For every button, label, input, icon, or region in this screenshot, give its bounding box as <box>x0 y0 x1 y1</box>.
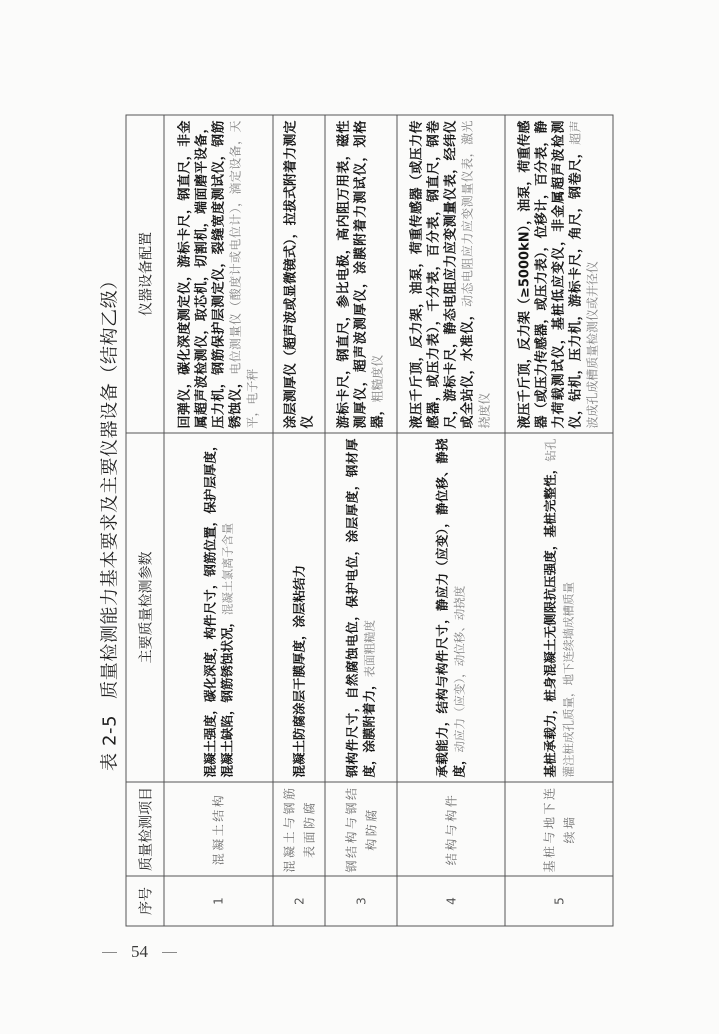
equipment-primary: 涂层测厚仪（超声波或显微镜式），拉拔式附着力测定仪 <box>283 120 315 428</box>
header-inspection-parameters: 主要质量检测参数 <box>126 433 164 782</box>
table-row: 4 结构与构件 承载能力，结构与构件尺寸，静应力（应变），静位移、静挠度，动应力… <box>397 115 505 926</box>
row-number: 1 <box>164 876 273 926</box>
equipment-list: 回弹仪，碳化深度测定仪，游标卡尺，钢直尺，非金属超声波检测仪，取芯机，切割机，端… <box>164 115 273 433</box>
inspection-parameters: 混凝土防腐涂层干膜厚度，涂层粘结力 <box>273 433 325 782</box>
table-row: 5 基桩与地下连续墙 基桩承载力，桩身混凝土无侧限抗压强度，基桩完整性，钻孔灌注… <box>505 115 613 926</box>
parameters-primary: 钢构件尺寸，自然腐蚀电位，保护电位，涂层厚度，钢材厚度，涂膜附着力， <box>344 438 376 777</box>
parameters-primary: 基桩承载力，桩身混凝土无侧限抗压强度，基桩完整性， <box>542 461 557 777</box>
rotated-page-block: 表 2-5质量检测能力基本要求及主要仪器设备（结构乙级） 序号 质量检测项目 主… <box>90 115 612 926</box>
inspection-parameters: 承载能力，结构与构件尺寸，静应力（应变），静位移、静挠度，动应力（应变），动位移… <box>397 433 505 782</box>
row-number: 5 <box>505 876 613 926</box>
table-row: 3 钢结构与钢结构防腐 钢构件尺寸，自然腐蚀电位，保护电位，涂层厚度，钢材厚度，… <box>325 115 397 926</box>
parameters-additional: 动应力（应变），动位移、动挠度 <box>452 585 466 752</box>
equipment-primary: 液压千斤顶，反力架（≥5000kN），油泵，荷重传感器（或压力传感器，或压力表）… <box>517 120 583 428</box>
inspection-item: 混凝土结构 <box>164 782 273 876</box>
equipment-additional: 粗糙度仪 <box>370 354 384 402</box>
table-row: 2 混凝土与钢筋表面防腐 混凝土防腐涂层干膜厚度，涂层粘结力 涂层测厚仪（超声波… <box>273 115 325 926</box>
equipment-list: 液压千斤顶，反力架，油泵，荷重传感器（或压力传感器，或压力表），千分表，百分表，… <box>397 115 505 433</box>
requirements-table: 序号 质量检测项目 主要质量检测参数 仪器设备配置 1 混凝土结构 混凝土强度，… <box>125 114 613 926</box>
dash-right <box>162 952 177 953</box>
equipment-list: 游标卡尺，钢直尺，参比电极，高内阻万用表，磁性测厚仪，超声波测厚仪，涂膜附着力测… <box>325 115 397 433</box>
row-number: 4 <box>397 876 505 926</box>
page-footer: 54 <box>102 941 177 963</box>
header-equipment: 仪器设备配置 <box>126 115 164 433</box>
inspection-item: 结构与构件 <box>397 782 505 876</box>
equipment-list: 涂层测厚仪（超声波或显微镜式），拉拔式附着力测定仪 <box>273 115 325 433</box>
inspection-parameters: 混凝土强度，碳化深度，构件尺寸，钢筋位置，保护层厚度，混凝土缺陷，钢筋锈蚀状况，… <box>164 433 273 782</box>
parameters-primary: 混凝土防腐涂层干膜厚度，涂层粘结力 <box>291 564 306 777</box>
inspection-item: 基桩与地下连续墙 <box>505 782 613 876</box>
page-number: 54 <box>131 942 148 962</box>
table-title: 质量检测能力基本要求及主要仪器设备（结构乙级） <box>99 271 120 699</box>
parameters-additional: 混凝土氯离子含量 <box>220 522 234 614</box>
row-number: 2 <box>273 876 325 926</box>
inspection-parameters: 基桩承载力，桩身混凝土无侧限抗压强度，基桩完整性，钻孔灌注桩成孔质量，地下连续墙… <box>505 433 613 782</box>
table-row: 1 混凝土结构 混凝土强度，碳化深度，构件尺寸，钢筋位置，保护层厚度，混凝土缺陷… <box>164 115 273 926</box>
dash-left <box>102 952 117 953</box>
table-caption: 表 2-5质量检测能力基本要求及主要仪器设备（结构乙级） <box>99 115 121 926</box>
header-inspection-item: 质量检测项目 <box>126 782 164 876</box>
inspection-parameters: 钢构件尺寸，自然腐蚀电位，保护电位，涂层厚度，钢材厚度，涂膜附着力，表面粗糙度 <box>325 433 397 782</box>
table-header-row: 序号 质量检测项目 主要质量检测参数 仪器设备配置 <box>126 115 164 926</box>
inspection-item: 混凝土与钢筋表面防腐 <box>273 782 325 876</box>
row-number: 3 <box>325 876 397 926</box>
equipment-list: 液压千斤顶，反力架（≥5000kN），油泵，荷重传感器（或压力传感器，或压力表）… <box>505 115 613 433</box>
inspection-item: 钢结构与钢结构防腐 <box>325 782 397 876</box>
parameters-additional: 表面粗糙度 <box>362 619 376 677</box>
header-serial-number: 序号 <box>126 876 164 926</box>
table-number: 表 2-5 <box>99 714 120 770</box>
